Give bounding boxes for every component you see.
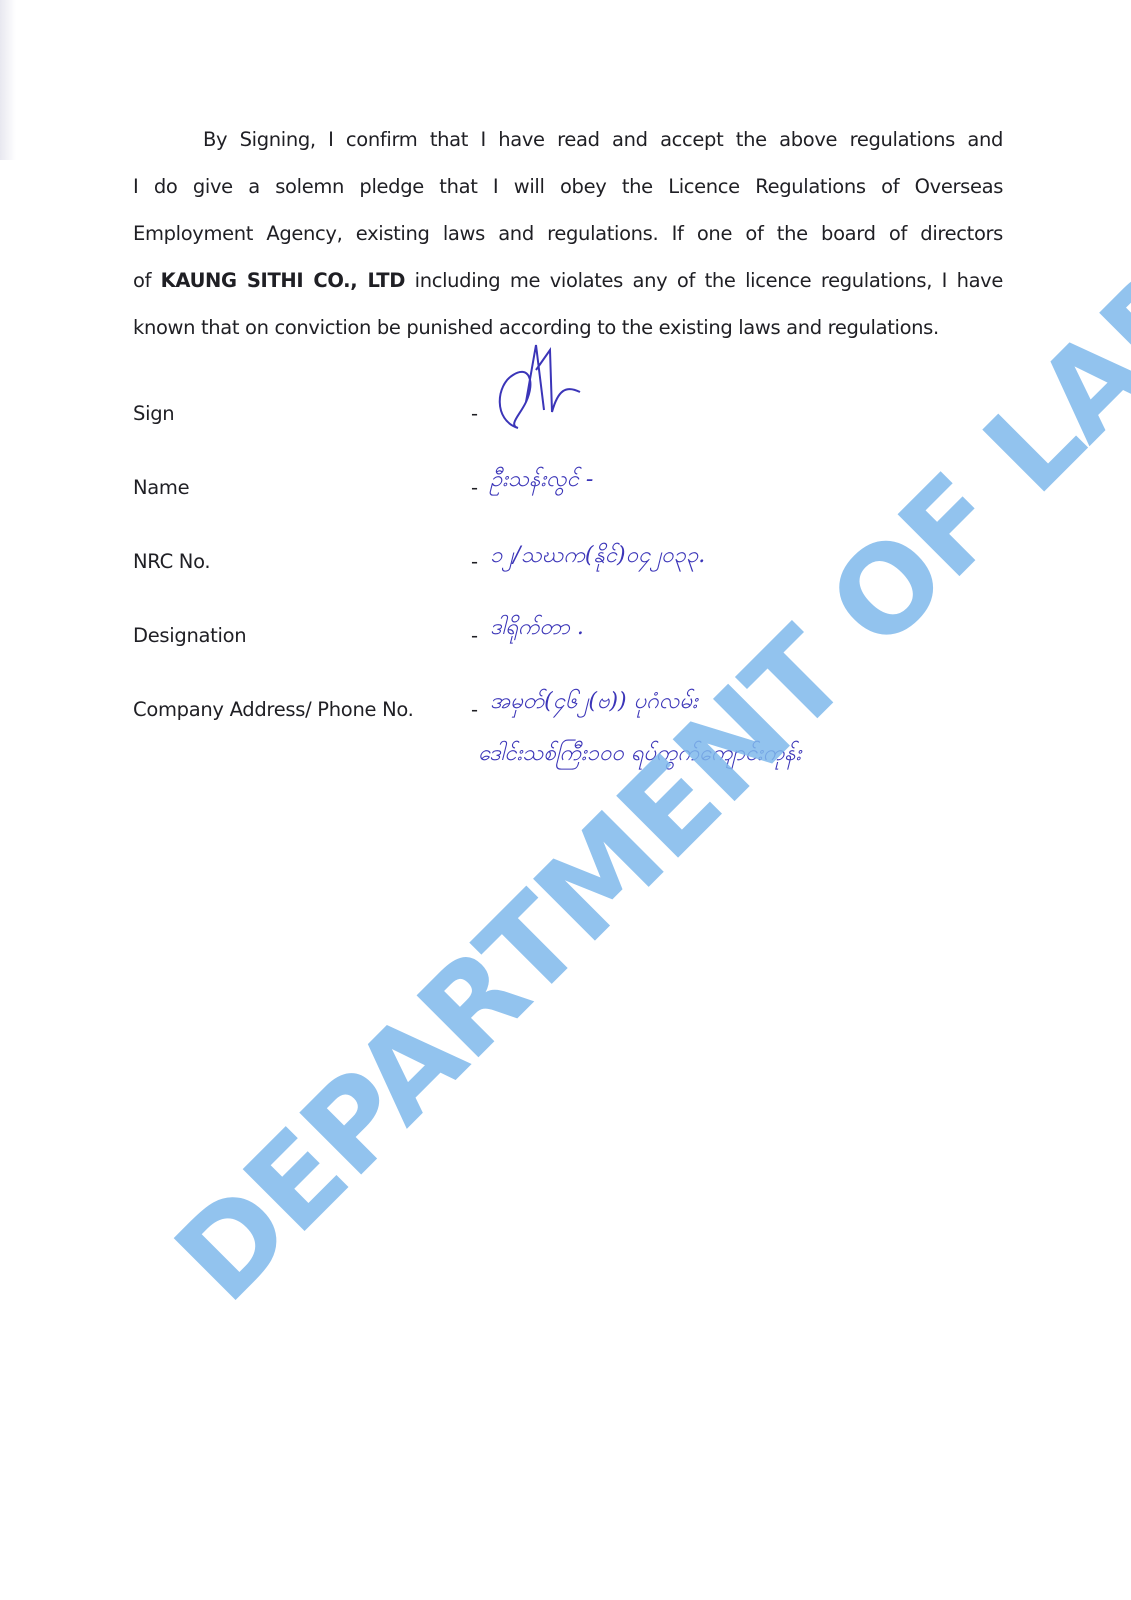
declaration-paragraph: By Signing, I confirm that I have read a… bbox=[133, 116, 1003, 351]
declaration-line-2: I do give a solemn pledge that I will ob… bbox=[133, 163, 1003, 210]
field-dash: - bbox=[471, 402, 478, 425]
address-value-line-1: အမှတ်(၄၆၂(ဗ)) ပုဂံလမ်း bbox=[490, 686, 698, 719]
field-label-sign: Sign bbox=[133, 402, 174, 425]
field-label-name: Name bbox=[133, 476, 189, 499]
field-dash: - bbox=[471, 476, 478, 499]
designation-value: ဒါရိုက်တာ . bbox=[490, 612, 584, 645]
field-label-designation: Designation bbox=[133, 624, 246, 647]
scan-edge-shadow bbox=[0, 0, 16, 160]
name-value: ဦးသန်းလွင် - bbox=[490, 464, 593, 497]
field-label-nrc: NRC No. bbox=[133, 550, 210, 573]
line4-prefix: of bbox=[133, 269, 161, 292]
declaration-line-1: By Signing, I confirm that I have read a… bbox=[133, 116, 1003, 163]
field-dash: - bbox=[471, 698, 478, 721]
field-label-address: Company Address/ Phone No. bbox=[133, 698, 414, 721]
address-value-line-2: ဒေါင်းသစ်ကြီး၁၀၀ ရပ်ကွက်ကျောင်းကုန်း bbox=[478, 738, 801, 771]
field-dash: - bbox=[471, 550, 478, 573]
field-dash: - bbox=[471, 624, 478, 647]
declaration-line-4: of KAUNG SITHI CO., LTD including me vio… bbox=[133, 257, 1003, 304]
declaration-line-3: Employment Agency, existing laws and reg… bbox=[133, 210, 1003, 257]
line4-suffix: including me violates any of the licence… bbox=[405, 269, 1003, 292]
nrc-value: ၁၂/သဃက(နိုင်)၀၄၂၀၃၃. bbox=[490, 540, 705, 573]
signature bbox=[488, 340, 598, 435]
company-name: KAUNG SITHI CO., LTD bbox=[161, 269, 405, 292]
